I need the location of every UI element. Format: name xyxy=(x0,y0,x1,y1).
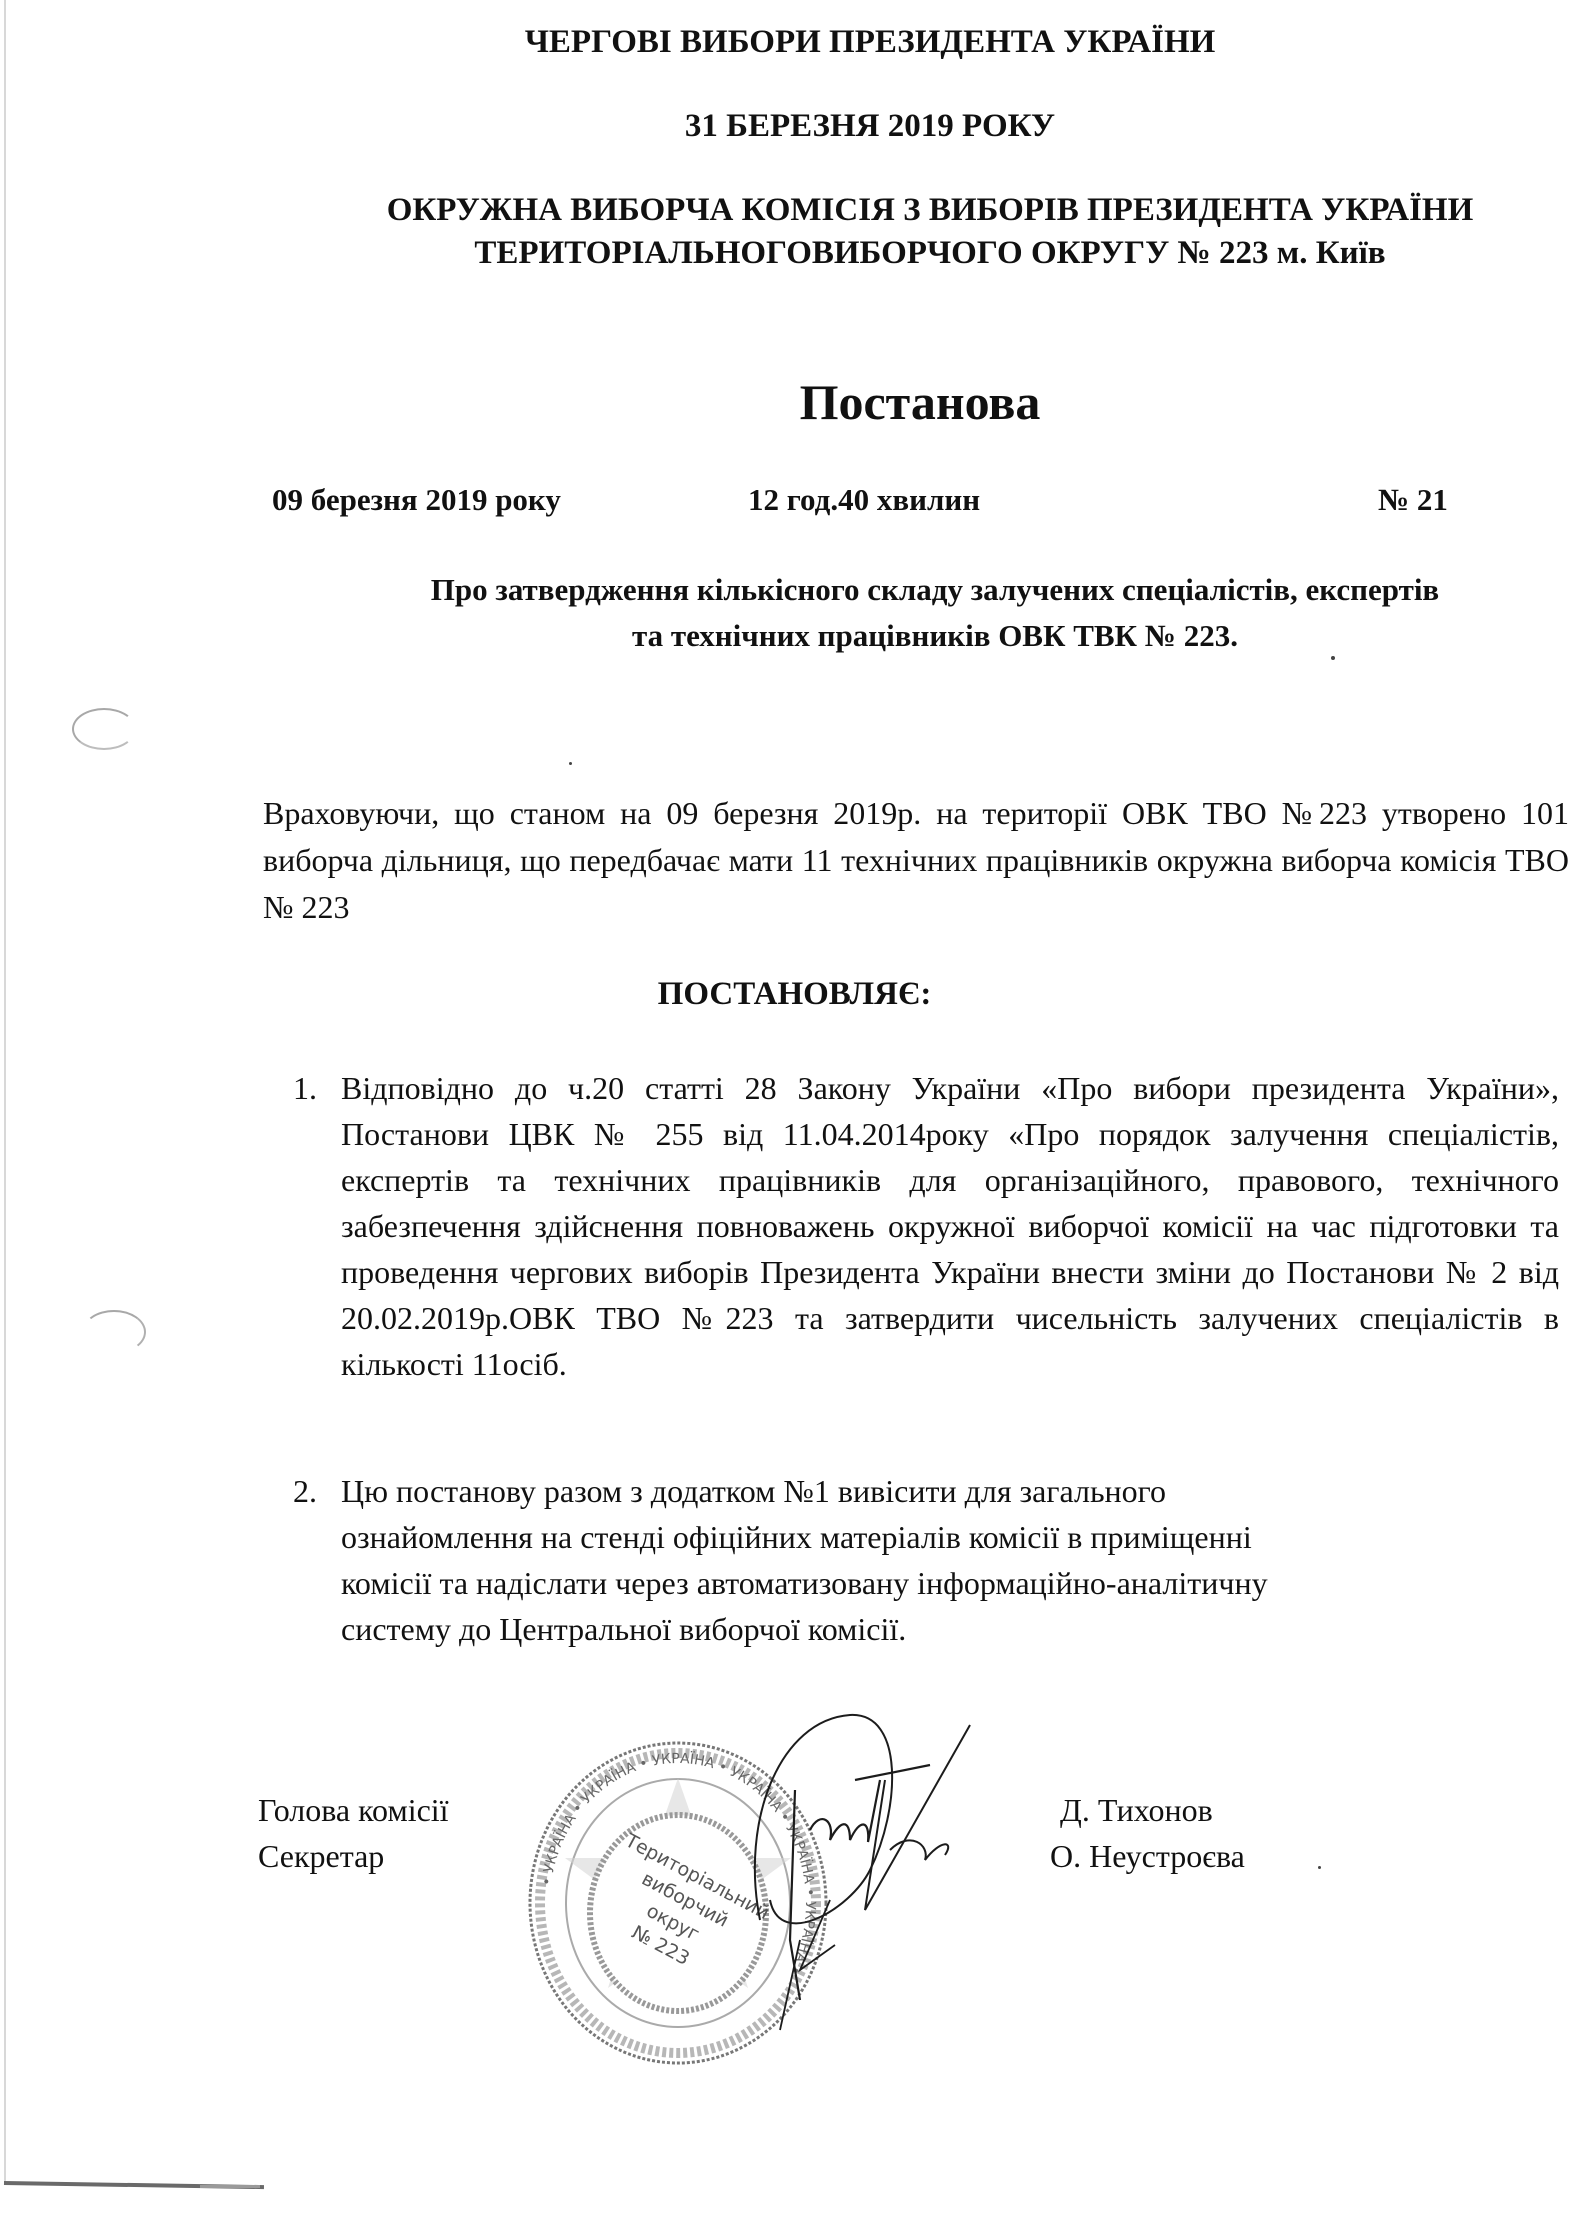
item-text-line: Цю постанову разом з додатком №1 вивісит… xyxy=(341,1468,1559,1514)
scan-speck xyxy=(569,762,572,765)
item-text: Відповідно до ч.20 статті 28 Закону Укра… xyxy=(341,1065,1559,1387)
signatory-role-secretary: Секретар xyxy=(258,1833,384,1879)
resolution-date: 09 березня 2019 року xyxy=(272,482,561,518)
hole-punch-mark xyxy=(72,708,136,750)
scan-speck xyxy=(1318,1866,1321,1869)
header-commission-line2: ТЕРИТОРІАЛЬНОГОВИБОРЧОГО ОКРУГУ № 223 м.… xyxy=(280,232,1580,275)
item-number: 1. xyxy=(293,1065,317,1111)
resolution-time: 12 год.40 хвилин xyxy=(748,482,980,518)
resolves-heading: ПОСТАНОВЛЯЄ: xyxy=(0,976,1589,1013)
item-text-line: комісії та надіслати через автоматизован… xyxy=(341,1560,1559,1606)
page-edge xyxy=(4,0,6,2183)
page-edge-shadow xyxy=(200,2185,260,2188)
signatory-role-chair: Голова комісії xyxy=(258,1787,449,1833)
scan-speck xyxy=(1331,656,1335,660)
signatory-name-secretary: О. Неустроєва xyxy=(1050,1833,1245,1879)
item-text: Цю постанову разом з додатком №1 вивісит… xyxy=(341,1468,1559,1652)
header-commission: ОКРУЖНА ВИБОРЧА КОМІСІЯ З ВИБОРІВ ПРЕЗИД… xyxy=(280,189,1580,275)
hole-punch-mark xyxy=(82,1310,146,1354)
preamble-paragraph: Враховуючи, що станом на 09 березня 2019… xyxy=(263,790,1569,931)
header-election-date: 31 БЕРЕЗНЯ 2019 РОКУ xyxy=(370,108,1370,145)
handwritten-signature-icon xyxy=(740,1700,1040,2040)
resolution-subject: Про затвердження кількісного складу залу… xyxy=(285,567,1585,659)
signatory-name-chair: Д. Тихонов xyxy=(1060,1787,1213,1833)
subject-line2: та технічних працівників ОВК ТВК № 223. xyxy=(285,613,1585,659)
item-text-line: ознайомлення на стенді офіційних матеріа… xyxy=(341,1514,1559,1560)
header-election-title: ЧЕРГОВІ ВИБОРИ ПРЕЗИДЕНТА УКРАЇНИ xyxy=(370,24,1370,61)
document-title: Постанова xyxy=(0,373,1589,431)
header-commission-line1: ОКРУЖНА ВИБОРЧА КОМІСІЯ З ВИБОРІВ ПРЕЗИД… xyxy=(280,189,1580,232)
resolution-number: № 21 xyxy=(1378,482,1448,518)
subject-line1: Про затвердження кількісного складу залу… xyxy=(285,567,1585,613)
item-number: 2. xyxy=(293,1468,317,1514)
item-text-line: систему до Центральної виборчої комісії. xyxy=(341,1606,1559,1652)
